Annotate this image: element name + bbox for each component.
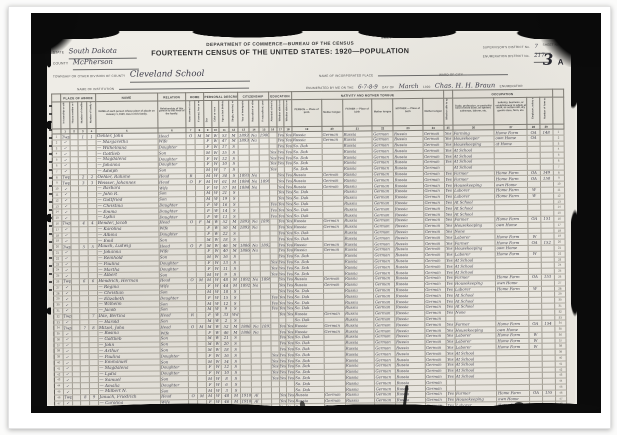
- cell-english: Yes: [445, 240, 454, 246]
- column-header-pob_father: FATHER — Place of birth: [342, 99, 372, 126]
- cell-school: [271, 404, 279, 410]
- enumerated-by-line: ENUMERATED BY ME ON THE 6-7-8-9 DAY OF M…: [306, 74, 523, 94]
- cell-english: Yes: [446, 345, 455, 351]
- cell-write: Yes: [284, 132, 292, 138]
- cell-imm_year: 1886: [240, 323, 251, 329]
- cell-nat: Al: [252, 404, 262, 410]
- column-header-tongue_father: Mother tongue: [372, 99, 393, 126]
- form-header: 3220 DEPARTMENT OF COMMERCE—BUREAU OF TH…: [51, 32, 571, 94]
- column-header-industry: Industry, business, or establishment in …: [494, 97, 527, 124]
- column-header-tongue_mother: Mother tongue: [423, 98, 444, 125]
- cell-emp: W: [530, 402, 542, 408]
- cell-english: Yes: [444, 153, 453, 159]
- column-group: [52, 94, 61, 102]
- column-group: [552, 89, 563, 97]
- enumerated-month: March: [399, 83, 419, 90]
- cell-nat_year: 1900: [259, 132, 269, 138]
- cell-school: Yes: [270, 207, 278, 213]
- cell-write: Yes: [286, 288, 294, 294]
- cell-school: Yes: [269, 155, 277, 161]
- cell-imm_year: 1886: [240, 329, 251, 335]
- cell-read: Yes: [279, 404, 287, 410]
- cell-family: [90, 406, 99, 412]
- left-margin-ink-ticks: [49, 105, 52, 295]
- cell-sex: M: [206, 405, 214, 411]
- cell-name: — Emil: [99, 405, 161, 411]
- cell-english: Yes: [445, 234, 454, 240]
- cell-english: Yes: [445, 263, 454, 269]
- cell-school: Yes: [270, 265, 278, 271]
- column-header-pob_mother: MOTHER — Place of birth: [393, 98, 423, 125]
- cell-dwelling: [81, 406, 90, 412]
- cell-english: Yes: [446, 327, 455, 333]
- column-header-dwelling: Number of dwelling house in order of vis…: [78, 102, 87, 129]
- cell-nat_year: 1890: [259, 178, 269, 184]
- column-header-pob: PERSON — Place of birth: [292, 99, 322, 126]
- ink-blot-bottom-right: [514, 402, 524, 408]
- column-header-family: Number of family in order of visitation: [87, 102, 96, 129]
- cell-english: Yes: [445, 298, 454, 304]
- column-header-marital: Single, married, widowed, or divorced: [229, 100, 238, 127]
- cell-english: Yes: [446, 374, 455, 380]
- cell-read: Yes: [277, 236, 285, 242]
- cell-read: Yes: [278, 323, 286, 329]
- cell-read: Yes: [277, 213, 285, 219]
- cell-school: Yes: [269, 149, 277, 155]
- cell-line-number-right: 48: [555, 402, 566, 408]
- enumerated-label: ENUMERATED BY ME ON THE: [306, 86, 354, 90]
- cell-english: Yes: [446, 321, 455, 327]
- column-group: EDUCATION: [268, 92, 291, 100]
- column-header-nat: Naturalized or alien: [249, 100, 259, 127]
- cell-write: Yes: [286, 352, 294, 358]
- cell-write: Yes: [286, 271, 294, 277]
- cell-write: Yes: [286, 300, 294, 306]
- institution-field: NAME OF INSTITUTION: [77, 76, 249, 96]
- cell-read: Yes: [277, 149, 285, 155]
- cell-english: Yes: [444, 177, 453, 183]
- cell-color: W: [214, 405, 222, 411]
- cell-read: Yes: [277, 207, 285, 213]
- cell-read: Yes: [276, 132, 284, 138]
- cell-relation: Son: [160, 405, 189, 411]
- cell-school: Yes: [270, 213, 278, 219]
- column-header-farm_no: Number of farm schedule: [539, 97, 553, 124]
- cell-english: Yes: [445, 287, 454, 293]
- cell-read: Yes: [279, 346, 287, 352]
- sheet-number: 3: [543, 51, 554, 69]
- census-form: 3220 DEPARTMENT OF COMMERCE—BUREAU OF TH…: [51, 32, 574, 413]
- enumerator-label: ENUMERATOR: [500, 84, 523, 88]
- cell-read: Yes: [278, 288, 286, 294]
- cell-write: Yes: [286, 329, 294, 335]
- cell-tongue_father: German: [375, 403, 396, 409]
- cell-read: Yes: [278, 300, 286, 306]
- column-header-emp: Employer, salary or wage worker, or work…: [527, 97, 539, 124]
- scan-dark-edge-right: [571, 13, 601, 413]
- column-header-tongue: Mother tongue: [321, 99, 342, 126]
- cell-english: Yes: [446, 350, 455, 356]
- cell-farm_no: [542, 402, 555, 408]
- column-header-house: House number or farm: [69, 102, 78, 129]
- cell-age: 19: [222, 405, 232, 411]
- cell-check: ✓: [63, 406, 72, 412]
- cell-english: Yes: [445, 292, 454, 298]
- census-scan: 48 4 3220 DEPARTMENT OF COMMERCE—BUREAU …: [31, 13, 601, 413]
- cell-read: Yes: [277, 184, 285, 190]
- cell-imm_year: 1884: [238, 178, 249, 184]
- column-header-occupation: Trade, profession, or particular kind of…: [452, 98, 494, 125]
- cell-read: Yes: [278, 294, 286, 300]
- cell-write: Yes: [286, 294, 294, 300]
- enumerated-year: 1920: [423, 85, 431, 89]
- cell-write: Yes: [285, 213, 293, 219]
- cell-read: Yes: [279, 358, 287, 364]
- census-scan-photo: 48 4 3220 DEPARTMENT OF COMMERCE—BUREAU …: [8, 6, 611, 429]
- cell-check: Twp: [61, 180, 70, 186]
- sheet-letter: A: [558, 58, 564, 67]
- cell-pob_mother: Russia: [396, 403, 426, 409]
- census-form-paper: 48 4 3220 DEPARTMENT OF COMMERCE—BUREAU …: [48, 33, 575, 405]
- cell-imm_year: 1884: [238, 184, 249, 190]
- cell-read: Yes: [278, 242, 286, 248]
- cell-school: Yes: [270, 271, 278, 277]
- cell-write: Yes: [285, 259, 293, 265]
- column-header-own: Home owned or rented: [186, 101, 195, 128]
- cell-write: Yes: [285, 178, 293, 184]
- cell-english: Yes: [445, 205, 454, 211]
- cell-read: Yes: [277, 178, 285, 184]
- cell-english: Yes: [446, 356, 455, 362]
- cell-check: Twp: [63, 325, 72, 331]
- column-header-mort: If owned, free or mortgaged: [195, 101, 204, 128]
- cell-read: Yes: [278, 265, 286, 271]
- column-header-imm_year: Year of immigration to the United States: [238, 100, 249, 127]
- stray-ink-mark: 4: [579, 47, 587, 60]
- cell-marital: S: [232, 405, 241, 411]
- cell-read: Yes: [278, 271, 286, 277]
- column-header-line: [52, 102, 61, 129]
- cell-school: Yes: [271, 375, 279, 381]
- cell-school: Yes: [271, 352, 279, 358]
- cell-write: Yes: [285, 242, 293, 248]
- cell-tongue: German: [324, 404, 345, 410]
- cell-line-number: 48: [55, 406, 64, 412]
- column-header-name: NAME of each person whose place of abode…: [96, 101, 158, 129]
- cell-read: Yes: [279, 352, 287, 358]
- cell-english: Yes: [444, 130, 453, 136]
- cell-write: Yes: [284, 149, 292, 155]
- cell-tongue_mother: German: [425, 403, 446, 409]
- cell-write: Yes: [286, 323, 294, 329]
- cell-pob_father: Russia: [345, 403, 375, 409]
- cell-read: Yes: [277, 155, 285, 161]
- enumeration-district-field: ENUMERATION DISTRICT No. 217: [483, 44, 550, 64]
- column-header-nat_year: If naturalized, year of naturalization: [259, 100, 269, 127]
- cell-write: Yes: [285, 184, 293, 190]
- cell-read: Yes: [279, 375, 287, 381]
- cell-imm_year: 1910: [241, 405, 252, 411]
- cell-check: Twp: [62, 244, 71, 250]
- enumerated-days: 6-7-8-9: [358, 84, 378, 90]
- cell-house: [72, 406, 81, 412]
- cell-occupation: Laborer: [455, 402, 497, 408]
- cell-write: Yes: [285, 236, 293, 242]
- column-header-relation: Relationship of this person to the head …: [157, 101, 186, 128]
- cell-school: Yes: [271, 358, 279, 364]
- census-table: PLACE OF ABODENAMERELATIONHOMEPERSONAL D…: [51, 89, 567, 413]
- cell-write: Yes: [284, 155, 292, 161]
- institution-label: NAME OF INSTITUTION: [77, 87, 114, 91]
- cell-write: Yes: [287, 404, 295, 410]
- cell-english: Yes: [444, 182, 453, 188]
- cell-school: Yes: [270, 294, 278, 300]
- cell-english: Yes: [444, 148, 453, 154]
- cell-read: Yes: [278, 329, 286, 335]
- cell-mort: [198, 405, 207, 411]
- column-header-age: Age at last birthday: [219, 100, 229, 127]
- cell-nat_year: 1893: [261, 323, 271, 329]
- cell-english: Yes: [445, 211, 454, 217]
- cell-imm_year: 1893: [238, 132, 249, 138]
- enumerator-signature: Chas. H. H. Braun: [435, 81, 495, 90]
- cell-english: Yes: [446, 403, 455, 409]
- column-header-english: Whether able to speak English: [444, 98, 453, 125]
- column-header-check: In township or other division of county: [60, 102, 69, 129]
- cell-school: Yes: [270, 300, 278, 306]
- cell-nat_year: 1892: [260, 242, 270, 248]
- cell-write: Yes: [286, 346, 294, 352]
- cell-write: Yes: [285, 207, 293, 213]
- cell-own: [189, 405, 198, 411]
- cell-check: Twp: [61, 134, 70, 140]
- day-of-label: DAY OF: [382, 85, 394, 89]
- cell-write: Yes: [285, 265, 293, 271]
- enum-district-label: ENUMERATION DISTRICT No.: [483, 54, 530, 58]
- column-header-rline: [552, 97, 563, 124]
- cell-write: Yes: [286, 358, 294, 364]
- cell-write: Yes: [287, 375, 295, 381]
- cell-english: Yes: [445, 269, 454, 275]
- page-number-stamp: 48: [550, 15, 591, 50]
- cell-nat_year: [261, 404, 271, 410]
